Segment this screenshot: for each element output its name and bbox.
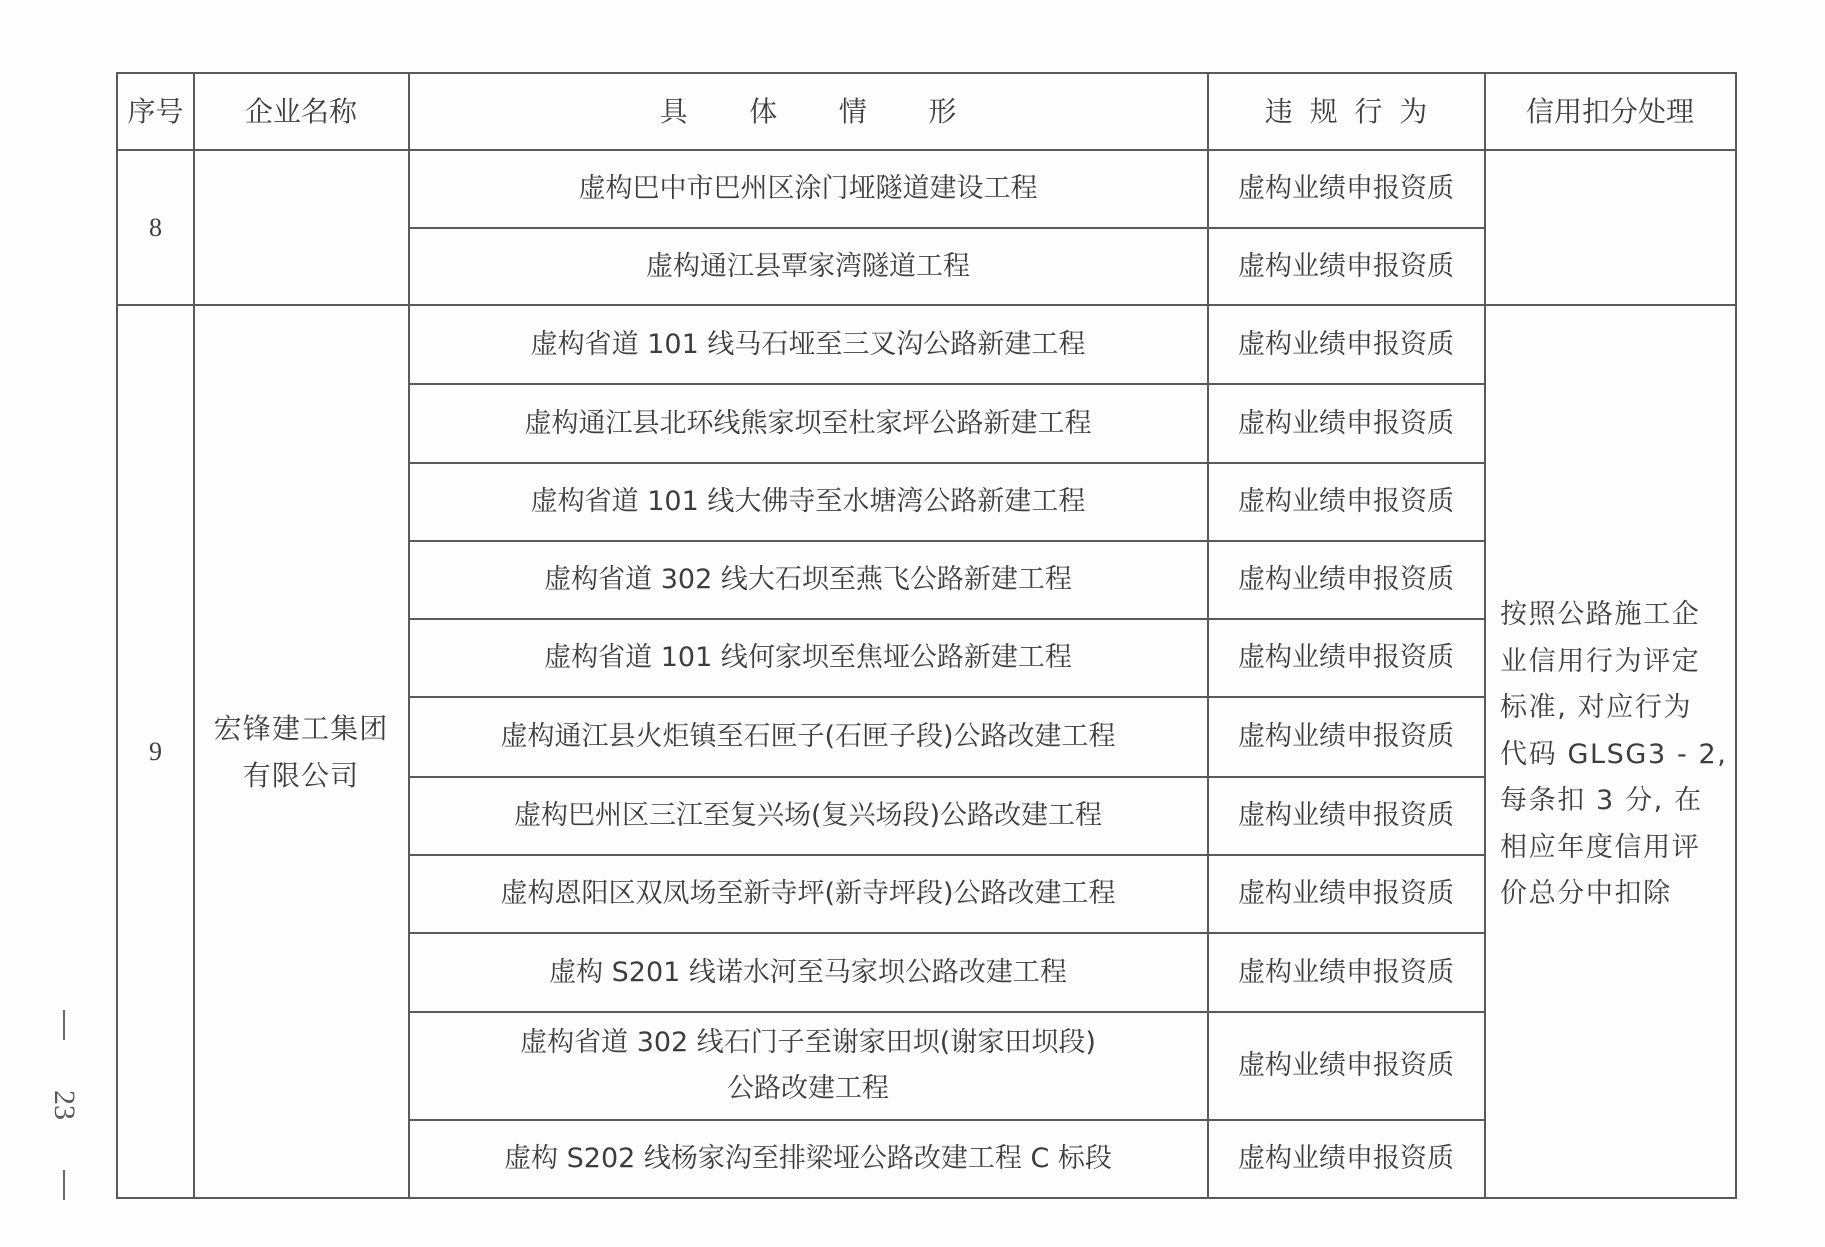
- document-page: 序号 企业名称 具体情形 违规行为 信用扣分处理 8 虚构巴中市巴州区涂门垭隧道…: [0, 0, 1825, 1247]
- header-credit: 信用扣分处理: [1485, 73, 1735, 150]
- violation-cell: 虚构业绩申报资质: [1208, 384, 1484, 463]
- situation-cell: 虚构省道 302 线大石坝至燕飞公路新建工程: [409, 541, 1207, 619]
- seq-cell: 8: [117, 150, 194, 305]
- credit-cell: 按照公路施工企 业信用行为评定 标准, 对应行为 代码 GLSG3 - 2, 每…: [1500, 592, 1730, 918]
- violation-cell: 虚构业绩申报资质: [1208, 228, 1484, 305]
- header-company: 企业名称: [194, 73, 408, 150]
- situation-cell: 虚构通江县覃家湾隧道工程: [409, 228, 1207, 305]
- table-border-right: [1735, 72, 1737, 1199]
- situation-cell: 虚构巴中市巴州区涂门垭隧道建设工程: [409, 150, 1207, 228]
- situation-cell: 虚构 S201 线诺水河至马家坝公路改建工程: [409, 933, 1207, 1012]
- situation-cell: 虚构省道 101 线马石垭至三叉沟公路新建工程: [409, 305, 1207, 384]
- situation-cell: 虚构省道 101 线大佛寺至水塘湾公路新建工程: [409, 463, 1207, 541]
- header-violation: 违规行为: [1208, 73, 1484, 150]
- page-number-value: 23: [47, 1090, 81, 1120]
- seq-cell: 9: [117, 305, 194, 1198]
- violation-cell: 虚构业绩申报资质: [1208, 933, 1484, 1012]
- violation-cell: 虚构业绩申报资质: [1208, 777, 1484, 855]
- violation-cell: 虚构业绩申报资质: [1208, 541, 1484, 619]
- credit-cell: [1485, 150, 1735, 305]
- violation-cell: 虚构业绩申报资质: [1208, 697, 1484, 777]
- header-seq: 序号: [117, 73, 194, 150]
- violation-cell: 虚构业绩申报资质: [1208, 619, 1484, 697]
- situation-cell: 虚构 S202 线杨家沟至排梁垭公路改建工程 C 标段: [409, 1120, 1207, 1198]
- violation-cell: 虚构业绩申报资质: [1208, 1120, 1484, 1198]
- violation-cell: 虚构业绩申报资质: [1208, 463, 1484, 541]
- situation-cell: 虚构省道 302 线石门子至谢家田坝(谢家田坝段) 公路改建工程: [409, 1012, 1207, 1120]
- situation-cell: 虚构恩阳区双凤场至新寺坪(新寺坪段)公路改建工程: [409, 855, 1207, 933]
- situation-cell: 虚构巴州区三江至复兴场(复兴场段)公路改建工程: [409, 777, 1207, 855]
- situation-cell: 虚构省道 101 线何家坝至焦垭公路新建工程: [409, 619, 1207, 697]
- situation-cell: 虚构通江县北环线熊家坝至杜家坪公路新建工程: [409, 384, 1207, 463]
- page-number-dash: [63, 1170, 65, 1200]
- violation-cell: 虚构业绩申报资质: [1208, 855, 1484, 933]
- company-cell: 宏锋建工集团 有限公司: [194, 305, 408, 1198]
- violation-cell: 虚构业绩申报资质: [1208, 1012, 1484, 1120]
- page-number: 23: [44, 1010, 84, 1200]
- situation-cell: 虚构通江县火炬镇至石匣子(石匣子段)公路改建工程: [409, 697, 1207, 777]
- violation-cell: 虚构业绩申报资质: [1208, 305, 1484, 384]
- header-situation: 具体情形: [409, 73, 1207, 150]
- violation-cell: 虚构业绩申报资质: [1208, 150, 1484, 228]
- company-cell: [194, 150, 408, 305]
- page-number-dash: [63, 1010, 65, 1040]
